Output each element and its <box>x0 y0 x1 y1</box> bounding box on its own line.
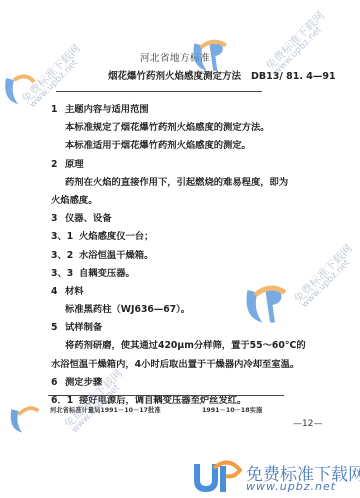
section-heading-1: 1主题内容与适用范围 <box>51 101 301 119</box>
up-logo-icon <box>6 400 42 440</box>
paragraph: 将药剂研磨，使其通过420μm分样筛，置于55～60°C的 <box>51 337 301 355</box>
subsection-3-2: 3、2水浴恒温干燥箱。 <box>51 247 301 265</box>
footer-divider <box>48 395 284 396</box>
header-divider <box>56 91 262 92</box>
paragraph-continuation: 水浴恒温干燥箱内，4小时后取出置于干燥器内冷却至室温。 <box>51 356 301 374</box>
standard-code: DB13/ 81. 4—91 <box>251 71 336 82</box>
up-brand-logo-icon <box>190 458 242 494</box>
document-page: 河北省地方标准 烟花爆竹药剂火焰感度测定方法DB13/ 81. 4—91 1主题… <box>0 0 360 498</box>
approval-date: 河北省标准计量局1991－10－17批准 <box>50 405 161 414</box>
section-heading-6: 6测定步骤 <box>51 374 301 392</box>
brand-url: www.upbz.net <box>246 480 336 493</box>
up-logo-icon <box>188 35 230 77</box>
paragraph-continuation: 火焰感度。 <box>51 192 301 210</box>
section-heading-2: 2原理 <box>51 156 301 174</box>
up-logo-icon <box>0 70 40 110</box>
paragraph: 本标准适用于烟花爆竹药剂火焰感度的测定。 <box>51 137 301 155</box>
paragraph: 本标准规定了烟花爆竹药剂火焰感度的测定方法。 <box>51 119 301 137</box>
page-number: —12— <box>293 419 322 429</box>
effective-date: 1991－10－18实施 <box>202 405 262 414</box>
up-logo-icon <box>240 280 290 330</box>
section-heading-3: 3仪器、设备 <box>51 210 301 228</box>
paragraph: 药剂在火焰的直接作用下，引起燃烧的难易程度，即为 <box>51 174 301 192</box>
document-body: 1主题内容与适用范围 本标准规定了烟花爆竹药剂火焰感度的测定方法。 本标准适用于… <box>51 101 301 410</box>
subsection-3-1: 3、1火焰感度仪一台； <box>51 228 301 246</box>
